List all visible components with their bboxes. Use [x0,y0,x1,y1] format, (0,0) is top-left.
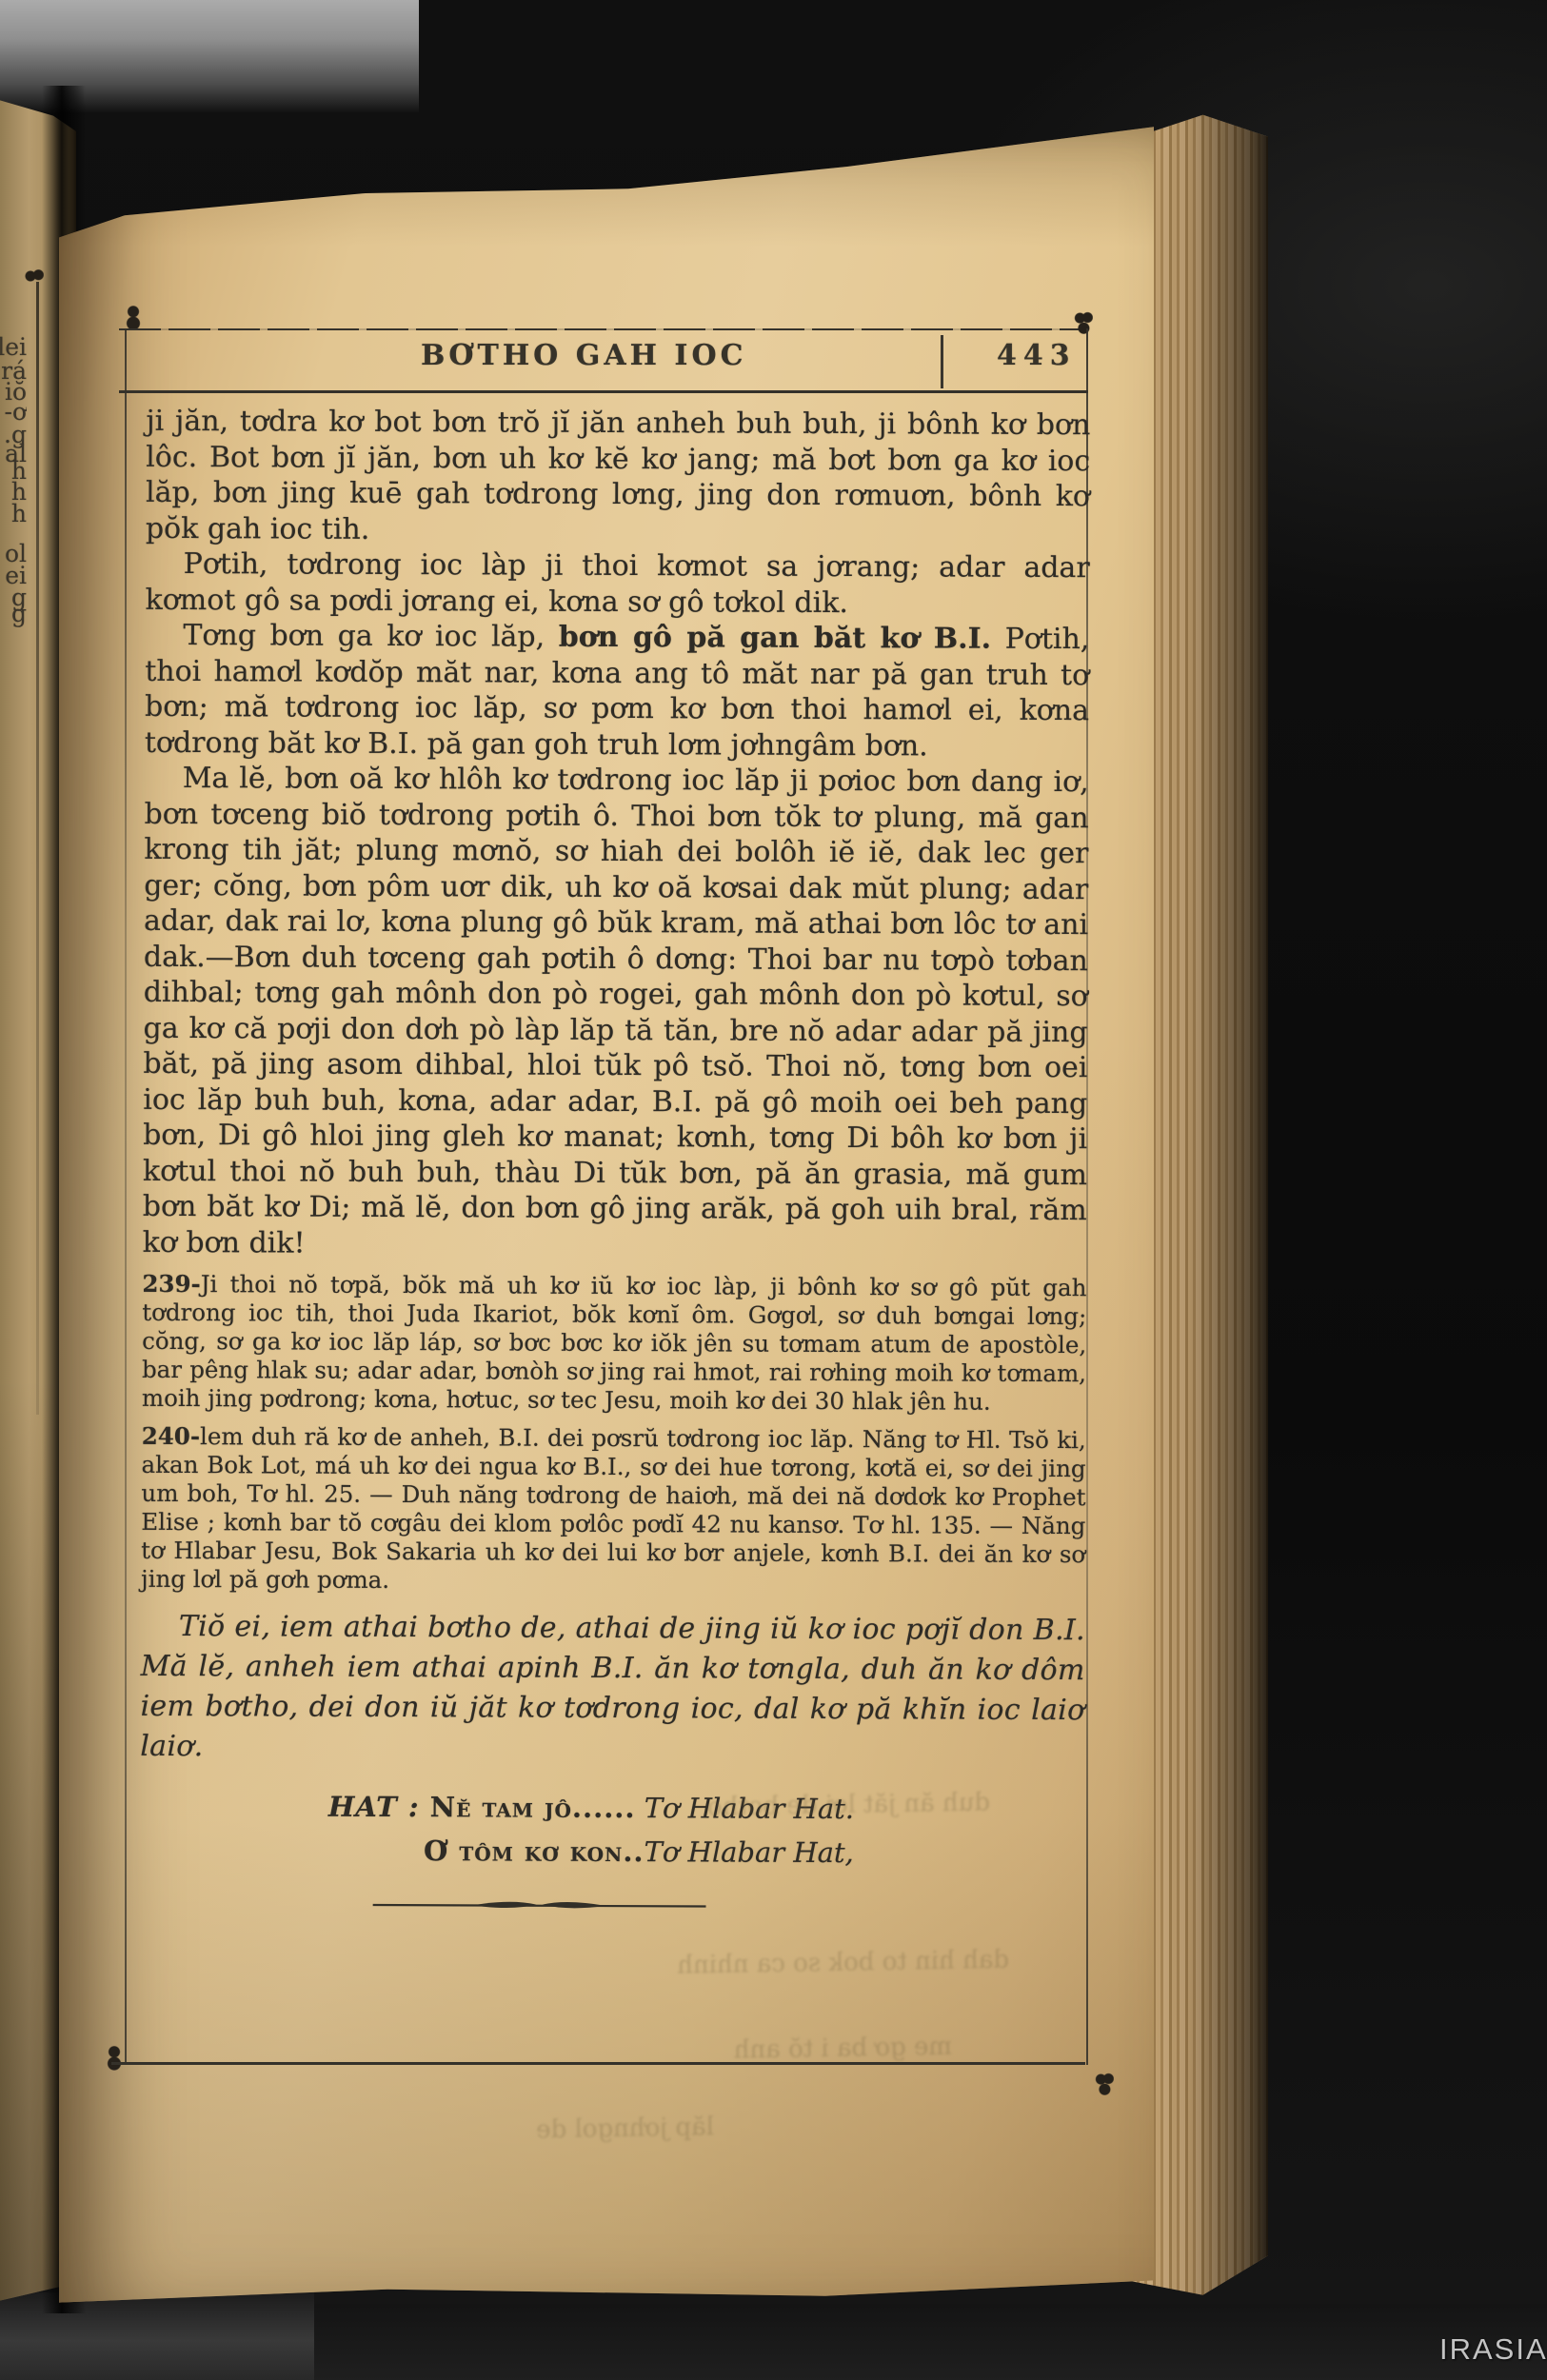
printer-ornament-icon [124,305,143,331]
page-number: 443 [997,339,1077,372]
section-number: 239- [142,1270,200,1298]
facing-page-border-line [36,282,39,1415]
text-run: Ji thoi nŏ tơpă, bŏk mă uh kơ iŭ kơ ioc … [142,1270,1087,1416]
bleed-through-fragment: dah hin to bok so ca nhinh [533,1946,1009,1983]
paragraph: Tiŏ ei, iem athai bơtho de, athai de jin… [140,1607,1085,1771]
text-run: lem duh ră kơ de anheh, B.I. dei pơsrŭ t… [141,1422,1086,1594]
printer-flower-icon [1095,2070,1114,2096]
paragraph: Ma lĕ, bơn oă kơ hlôh kơ tơdrong ioc lăp… [143,761,1089,1264]
book-page: BƠTHO GAH IOC 443 ji jăn, tơdra kơ bot b… [59,91,1154,2305]
frame-left-rule [125,328,127,2065]
paragraph: ji jăn, tơdra kơ bot bơn trŏ jĭ jăn anhe… [146,404,1091,550]
header-underline-rule [119,390,1088,393]
paragraph: 240-lem duh ră kơ de anheh, B.I. dei pơs… [141,1422,1086,1597]
bleed-through-fragment: lăp jơhngol de [409,2112,714,2147]
paragraph: 239-Ji thoi nŏ tơpă, bŏk mă uh kơ iŭ kơ … [142,1270,1087,1417]
text-run: Tiŏ ei, iem athai bơtho de, athai de jin… [140,1610,1085,1763]
paragraph: Tơng bơn ga kơ ioc lăp, bơn gô pă gan bă… [145,618,1090,764]
printer-ornament-icon [105,2045,124,2072]
text-block: ji jăn, tơdra kơ bot bơn trŏ jĭ jăn anhe… [140,404,1091,1915]
tapered-rule-divider-icon [373,1897,706,1914]
frame-top-rule [119,328,1087,330]
text-run: Pơtih, tơdrong ioc làp ji thoi kơmot sa … [145,547,1089,620]
printer-flower-icon [1074,308,1093,335]
hat-line-lead: HAT : [328,1791,430,1823]
facing-page-letter-fragment: h [0,500,27,527]
book-scan-photo: { "page_header": { "title": "BƠTHO GAH I… [0,0,1547,2380]
running-header-title: BƠTHO GAH IOC [421,339,725,372]
archive-watermark: IRASIA [1439,2332,1547,2367]
hat-line: Ơ tôm kơ kon..Tơ Hlabar Hat, [283,1828,854,1874]
paragraph: Pơtih, tơdrong ioc làp ji thoi kơmot sa … [145,546,1089,622]
hat-line-it: Tơ Hlabar Hat, [644,1835,853,1869]
facing-page-letter-fragment: g [0,600,27,627]
hat-line-sc: Ơ tôm kơ kon.. [424,1835,645,1868]
printer-ornament-icon [25,268,44,284]
text-run: Ma lĕ, bơn oă kơ hlôh kơ tơdrong ioc lăp… [143,762,1089,1259]
text-run: Tơng bơn ga kơ ioc lăp, [183,619,558,654]
bold-phrase: bơn gô pă gan băt kơ B.I. [559,621,992,656]
text-run: ji jăn, tơdra kơ bot bơn trŏ jĭ jăn anhe… [146,405,1091,546]
section-number: 240- [142,1422,200,1450]
header-separator-bar [941,335,943,388]
dust-speck [468,107,473,111]
